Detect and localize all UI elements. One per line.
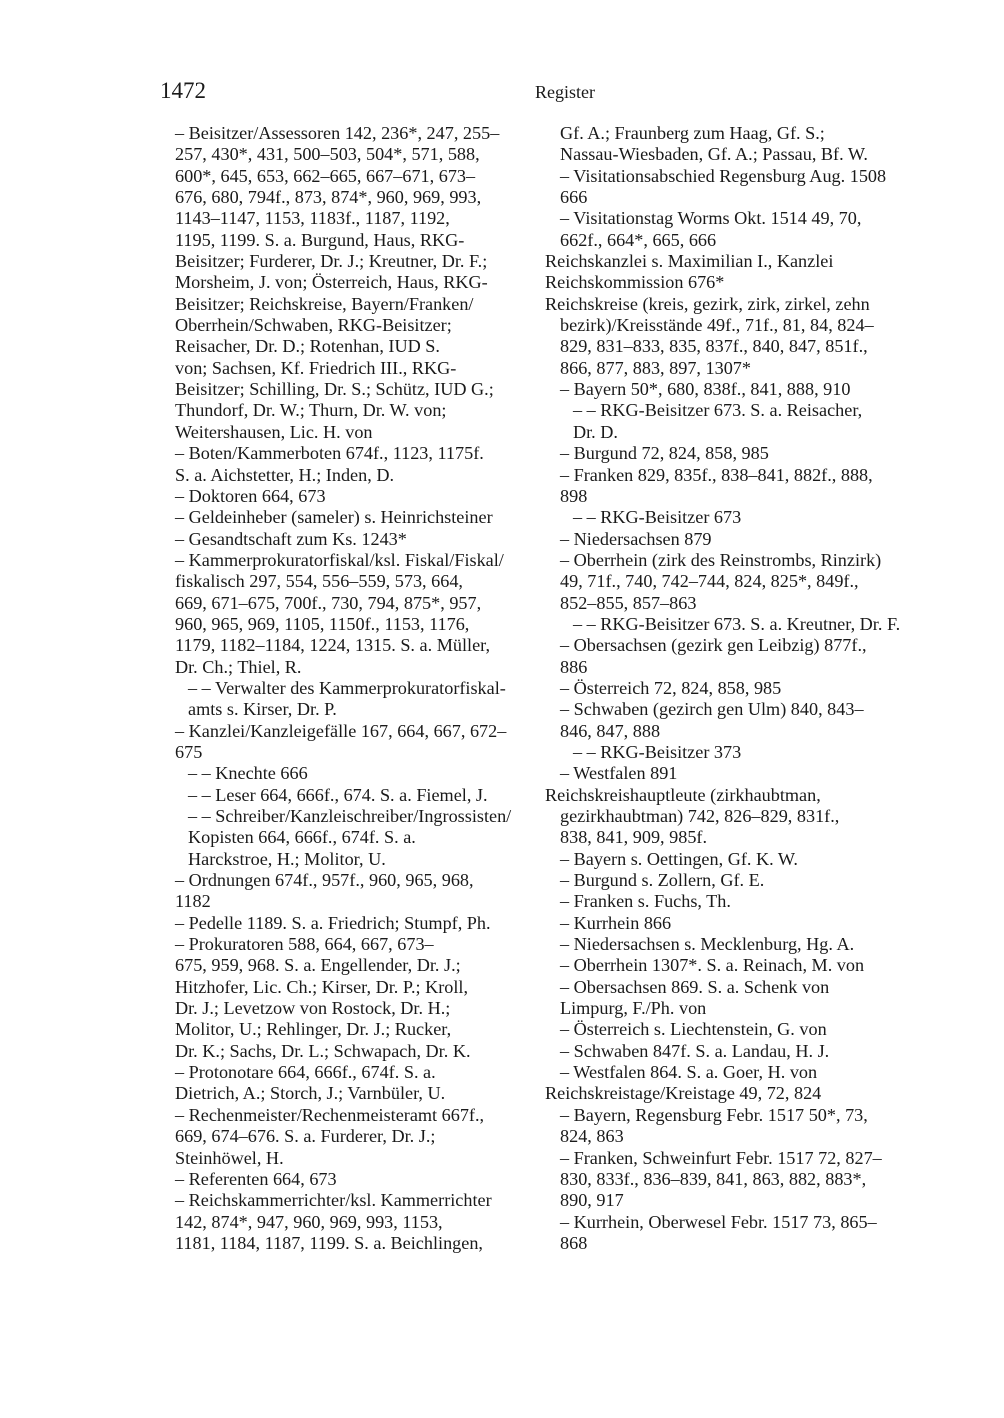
index-line: fiskalisch 297, 554, 556–559, 573, 664, bbox=[160, 571, 532, 592]
index-line: – Kurrhein 866 bbox=[545, 913, 915, 934]
running-head: 1472 Register bbox=[0, 78, 1004, 108]
index-line: – Reichskammerrichter/ksl. Kammerrichter bbox=[160, 1190, 532, 1211]
index-line: Beisitzer; Schilling, Dr. S.; Schütz, IU… bbox=[160, 379, 532, 400]
index-line: – Schwaben 847f. S. a. Landau, H. J. bbox=[545, 1041, 915, 1062]
index-line: – Doktoren 664, 673 bbox=[160, 486, 532, 507]
index-subsubentry: – – Leser 664, 666f., 674. S. a. Fiemel,… bbox=[160, 785, 532, 806]
index-subentry: – Visitationsabschied Regensburg Aug. 15… bbox=[545, 166, 915, 209]
index-line: Oberrhein/Schwaben, RKG-Beisitzer; bbox=[160, 315, 532, 336]
index-column-right: Gf. A.; Fraunberg zum Haag, Gf. S.;Nassa… bbox=[545, 123, 915, 1254]
index-subentry: – Geldeinheber (sameler) s. Heinrichstei… bbox=[160, 507, 532, 528]
index-subentry: – Bayern s. Oettingen, Gf. K. W. bbox=[545, 849, 915, 870]
index-line: – Protonotare 664, 666f., 674f. S. a. bbox=[160, 1062, 532, 1083]
index-line: – Geldeinheber (sameler) s. Heinrichstei… bbox=[160, 507, 532, 528]
index-line: Limpurg, F./Ph. von bbox=[545, 998, 915, 1019]
index-subentry: – Österreich s. Liechtenstein, G. von bbox=[545, 1019, 915, 1040]
index-line: – Franken, Schweinfurt Febr. 1517 72, 82… bbox=[545, 1148, 915, 1169]
index-subentry: – Kurrhein 866 bbox=[545, 913, 915, 934]
index-line: 600*, 645, 653, 662–665, 667–671, 673– bbox=[160, 166, 532, 187]
index-subsubentry: – – Knechte 666 bbox=[160, 763, 532, 784]
index-line: – – RKG-Beisitzer 673. S. a. Reisacher, bbox=[545, 400, 915, 421]
index-line: – Österreich s. Liechtenstein, G. von bbox=[545, 1019, 915, 1040]
index-line: Reichskommission 676* bbox=[545, 272, 915, 293]
index-line: 676, 680, 794f., 873, 874*, 960, 969, 99… bbox=[160, 187, 532, 208]
index-line: 829, 831–833, 835, 837f., 840, 847, 851f… bbox=[545, 336, 915, 357]
index-line: Reichskreishauptleute (zirkhaubtman, bbox=[545, 785, 915, 806]
index-heading-entry: Reichskanzlei s. Maximilian I., Kanzlei bbox=[545, 251, 915, 272]
index-line: 1182 bbox=[160, 891, 532, 912]
index-subentry: – Bayern, Regensburg Febr. 1517 50*, 73,… bbox=[545, 1105, 915, 1148]
index-line: 1195, 1199. S. a. Burgund, Haus, RKG- bbox=[160, 230, 532, 251]
index-subentry: – Boten/Kammerboten 674f., 1123, 1175f.S… bbox=[160, 443, 532, 486]
index-line: – – Knechte 666 bbox=[160, 763, 532, 784]
index-line: – Österreich 72, 824, 858, 985 bbox=[545, 678, 915, 699]
index-heading-entry: Reichskreise (kreis, gezirk, zirk, zirke… bbox=[545, 294, 915, 379]
index-line: Reichskanzlei s. Maximilian I., Kanzlei bbox=[545, 251, 915, 272]
index-subentry: – Ordnungen 674f., 957f., 960, 965, 968,… bbox=[160, 870, 532, 913]
index-line: Kopisten 664, 666f., 674f. S. a. bbox=[160, 827, 532, 848]
index-line: Thundorf, Dr. W.; Thurn, Dr. W. von; bbox=[160, 400, 532, 421]
index-line: – Westfalen 891 bbox=[545, 763, 915, 784]
index-line: – – Schreiber/Kanzleischreiber/Ingrossis… bbox=[160, 806, 532, 827]
index-line: 1179, 1182–1184, 1224, 1315. S. a. Mülle… bbox=[160, 635, 532, 656]
index-subsubentry: – – Verwalter des Kammerprokuratorfiskal… bbox=[160, 678, 532, 721]
index-line: 675 bbox=[160, 742, 532, 763]
index-subentry: – Österreich 72, 824, 858, 985 bbox=[545, 678, 915, 699]
index-line: – – Verwalter des Kammerprokuratorfiskal… bbox=[160, 678, 532, 699]
index-line: – Bayern 50*, 680, 838f., 841, 888, 910 bbox=[545, 379, 915, 400]
index-line: – – RKG-Beisitzer 373 bbox=[545, 742, 915, 763]
index-line: – Visitationstag Worms Okt. 1514 49, 70, bbox=[545, 208, 915, 229]
index-line: amts s. Kirser, Dr. P. bbox=[160, 699, 532, 720]
index-subsubentry: – – RKG-Beisitzer 673 bbox=[545, 507, 915, 528]
index-line: – Boten/Kammerboten 674f., 1123, 1175f. bbox=[160, 443, 532, 464]
index-subentry: – Westfalen 864. S. a. Goer, H. von bbox=[545, 1062, 915, 1083]
index-line: Dr. K.; Sachs, Dr. L.; Schwapach, Dr. K. bbox=[160, 1041, 532, 1062]
index-column-left: – Beisitzer/Assessoren 142, 236*, 247, 2… bbox=[160, 123, 532, 1254]
index-line: Beisitzer; Reichskreise, Bayern/Franken/ bbox=[160, 294, 532, 315]
index-line: 868 bbox=[545, 1233, 915, 1254]
index-line: S. a. Aichstetter, H.; Inden, D. bbox=[160, 465, 532, 486]
index-subentry: – Burgund s. Zollern, Gf. E. bbox=[545, 870, 915, 891]
index-line: – – Leser 664, 666f., 674. S. a. Fiemel,… bbox=[160, 785, 532, 806]
index-subentry: – Niedersachsen s. Mecklenburg, Hg. A. bbox=[545, 934, 915, 955]
index-subentry: – Kammerprokuratorfiskal/ksl. Fiskal/Fis… bbox=[160, 550, 532, 678]
index-line: Reichskreise (kreis, gezirk, zirk, zirke… bbox=[545, 294, 915, 315]
index-line: – Burgund 72, 824, 858, 985 bbox=[545, 443, 915, 464]
index-subentry: – Schwaben 847f. S. a. Landau, H. J. bbox=[545, 1041, 915, 1062]
index-line: Dietrich, A.; Storch, J.; Varnbüler, U. bbox=[160, 1083, 532, 1104]
index-subentry: – Kanzlei/Kanzleigefälle 167, 664, 667, … bbox=[160, 721, 532, 764]
index-line: Dr. J.; Levetzow von Rostock, Dr. H.; bbox=[160, 998, 532, 1019]
index-line: – Beisitzer/Assessoren 142, 236*, 247, 2… bbox=[160, 123, 532, 144]
index-line: – Kanzlei/Kanzleigefälle 167, 664, 667, … bbox=[160, 721, 532, 742]
index-subentry: – Schwaben (gezirch gen Ulm) 840, 843–84… bbox=[545, 699, 915, 742]
index-line: 846, 847, 888 bbox=[545, 721, 915, 742]
index-line: – Niedersachsen 879 bbox=[545, 529, 915, 550]
index-subentry: – Doktoren 664, 673 bbox=[160, 486, 532, 507]
index-subentry: – Protonotare 664, 666f., 674f. S. a.Die… bbox=[160, 1062, 532, 1105]
index-line: – Franken 829, 835f., 838–841, 882f., 88… bbox=[545, 465, 915, 486]
index-line: – Kammerprokuratorfiskal/ksl. Fiskal/Fis… bbox=[160, 550, 532, 571]
index-line: Dr. Ch.; Thiel, R. bbox=[160, 657, 532, 678]
index-line: 1143–1147, 1153, 1183f., 1187, 1192, bbox=[160, 208, 532, 229]
index-subentry: – Gesandtschaft zum Ks. 1243* bbox=[160, 529, 532, 550]
index-line: Beisitzer; Furderer, Dr. J.; Kreutner, D… bbox=[160, 251, 532, 272]
index-subentry: – Referenten 664, 673 bbox=[160, 1169, 532, 1190]
index-subentry: – Franken, Schweinfurt Febr. 1517 72, 82… bbox=[545, 1148, 915, 1212]
index-line: – Oberrhein (zirk des Reinstrombs, Rinzi… bbox=[545, 550, 915, 571]
index-line: – Kurrhein, Oberwesel Febr. 1517 73, 865… bbox=[545, 1212, 915, 1233]
index-line: 830, 833f., 836–839, 841, 863, 882, 883*… bbox=[545, 1169, 915, 1190]
index-line: 142, 874*, 947, 960, 969, 993, 1153, bbox=[160, 1212, 532, 1233]
index-subentry: – Obersachsen 869. S. a. Schenk vonLimpu… bbox=[545, 977, 915, 1020]
index-subsubentry: – – RKG-Beisitzer 673. S. a. Reisacher,D… bbox=[545, 400, 915, 443]
index-subentry: – Prokuratoren 588, 664, 667, 673–675, 9… bbox=[160, 934, 532, 1062]
index-line: 257, 430*, 431, 500–503, 504*, 571, 588, bbox=[160, 144, 532, 165]
index-line: – Niedersachsen s. Mecklenburg, Hg. A. bbox=[545, 934, 915, 955]
index-subentry: – Oberrhein (zirk des Reinstrombs, Rinzi… bbox=[545, 550, 915, 614]
index-line: 675, 959, 968. S. a. Engellender, Dr. J.… bbox=[160, 955, 532, 976]
index-line: 669, 674–676. S. a. Furderer, Dr. J.; bbox=[160, 1126, 532, 1147]
index-heading-entry: Reichskommission 676* bbox=[545, 272, 915, 293]
index-subentry: – Burgund 72, 824, 858, 985 bbox=[545, 443, 915, 464]
index-subentry: – Pedelle 1189. S. a. Friedrich; Stumpf,… bbox=[160, 913, 532, 934]
index-line: Morsheim, J. von; Österreich, Haus, RKG- bbox=[160, 272, 532, 293]
index-line: – Gesandtschaft zum Ks. 1243* bbox=[160, 529, 532, 550]
index-line: 49, 71f., 740, 742–744, 824, 825*, 849f.… bbox=[545, 571, 915, 592]
index-subentry: – Oberrhein 1307*. S. a. Reinach, M. von bbox=[545, 955, 915, 976]
index-line: 852–855, 857–863 bbox=[545, 593, 915, 614]
index-line: 669, 671–675, 700f., 730, 794, 875*, 957… bbox=[160, 593, 532, 614]
index-heading-entry: Reichskreishauptleute (zirkhaubtman,gezi… bbox=[545, 785, 915, 849]
index-line: bezirk)/Kreisstände 49f., 71f., 81, 84, … bbox=[545, 315, 915, 336]
index-subentry: – Beisitzer/Assessoren 142, 236*, 247, 2… bbox=[160, 123, 532, 443]
index-line: – Schwaben (gezirch gen Ulm) 840, 843– bbox=[545, 699, 915, 720]
index-line: 890, 917 bbox=[545, 1190, 915, 1211]
index-line: – Visitationsabschied Regensburg Aug. 15… bbox=[545, 166, 915, 187]
index-line: – Bayern s. Oettingen, Gf. K. W. bbox=[545, 849, 915, 870]
index-line: gezirkhaubtman) 742, 826–829, 831f., bbox=[545, 806, 915, 827]
index-line: 886 bbox=[545, 657, 915, 678]
index-line: Gf. A.; Fraunberg zum Haag, Gf. S.; bbox=[545, 123, 915, 144]
index-line: – Burgund s. Zollern, Gf. E. bbox=[545, 870, 915, 891]
index-line: Dr. D. bbox=[545, 422, 915, 443]
index-line: Molitor, U.; Rehlinger, Dr. J.; Rucker, bbox=[160, 1019, 532, 1040]
index-line: – Ordnungen 674f., 957f., 960, 965, 968, bbox=[160, 870, 532, 891]
index-subentry: – Bayern 50*, 680, 838f., 841, 888, 910 bbox=[545, 379, 915, 400]
index-line: – Westfalen 864. S. a. Goer, H. von bbox=[545, 1062, 915, 1083]
index-line: – Oberrhein 1307*. S. a. Reinach, M. von bbox=[545, 955, 915, 976]
index-subsubentry: – – RKG-Beisitzer 673. S. a. Kreutner, D… bbox=[545, 614, 915, 635]
index-line: Reisacher, Dr. D.; Rotenhan, IUD S. bbox=[160, 336, 532, 357]
index-subsubentry: – – RKG-Beisitzer 373 bbox=[545, 742, 915, 763]
index-line: – Referenten 664, 673 bbox=[160, 1169, 532, 1190]
index-line: 898 bbox=[545, 486, 915, 507]
index-line: – – RKG-Beisitzer 673 bbox=[545, 507, 915, 528]
index-subsubentry: – – Schreiber/Kanzleischreiber/Ingrossis… bbox=[160, 806, 532, 870]
index-subentry: – Niedersachsen 879 bbox=[545, 529, 915, 550]
running-title: Register bbox=[0, 82, 1004, 103]
index-subentry: – Rechenmeister/Rechenmeisteramt 667f.,6… bbox=[160, 1105, 532, 1169]
index-line: – Pedelle 1189. S. a. Friedrich; Stumpf,… bbox=[160, 913, 532, 934]
index-line: Steinhöwel, H. bbox=[160, 1148, 532, 1169]
index-line: 824, 863 bbox=[545, 1126, 915, 1147]
index-line: Harckstroe, H.; Molitor, U. bbox=[160, 849, 532, 870]
index-entry-continuation: Gf. A.; Fraunberg zum Haag, Gf. S.;Nassa… bbox=[545, 123, 915, 166]
index-line: – Rechenmeister/Rechenmeisteramt 667f., bbox=[160, 1105, 532, 1126]
index-line: – Obersachsen (gezirk gen Leibzig) 877f.… bbox=[545, 635, 915, 656]
index-subentry: – Franken 829, 835f., 838–841, 882f., 88… bbox=[545, 465, 915, 508]
index-line: Nassau-Wiesbaden, Gf. A.; Passau, Bf. W. bbox=[545, 144, 915, 165]
index-line: – Prokuratoren 588, 664, 667, 673– bbox=[160, 934, 532, 955]
index-line: 838, 841, 909, 985f. bbox=[545, 827, 915, 848]
index-line: – – RKG-Beisitzer 673. S. a. Kreutner, D… bbox=[545, 614, 915, 635]
index-subentry: – Visitationstag Worms Okt. 1514 49, 70,… bbox=[545, 208, 915, 251]
index-line: Hitzhofer, Lic. Ch.; Kirser, Dr. P.; Kro… bbox=[160, 977, 532, 998]
index-line: 960, 965, 969, 1105, 1150f., 1153, 1176, bbox=[160, 614, 532, 635]
index-line: Reichskreistage/Kreistage 49, 72, 824 bbox=[545, 1083, 915, 1104]
index-line: – Bayern, Regensburg Febr. 1517 50*, 73, bbox=[545, 1105, 915, 1126]
index-subentry: – Reichskammerrichter/ksl. Kammerrichter… bbox=[160, 1190, 532, 1254]
index-line: 662f., 664*, 665, 666 bbox=[545, 230, 915, 251]
index-subentry: – Obersachsen (gezirk gen Leibzig) 877f.… bbox=[545, 635, 915, 678]
index-line: Weitershausen, Lic. H. von bbox=[160, 422, 532, 443]
index-line: von; Sachsen, Kf. Friedrich III., RKG- bbox=[160, 358, 532, 379]
index-subentry: – Westfalen 891 bbox=[545, 763, 915, 784]
index-line: 1181, 1184, 1187, 1199. S. a. Beichlinge… bbox=[160, 1233, 532, 1254]
index-line: – Obersachsen 869. S. a. Schenk von bbox=[545, 977, 915, 998]
index-subentry: – Franken s. Fuchs, Th. bbox=[545, 891, 915, 912]
index-line: 866, 877, 883, 897, 1307* bbox=[545, 358, 915, 379]
index-line: 666 bbox=[545, 187, 915, 208]
index-line: – Franken s. Fuchs, Th. bbox=[545, 891, 915, 912]
index-heading-entry: Reichskreistage/Kreistage 49, 72, 824 bbox=[545, 1083, 915, 1104]
index-subentry: – Kurrhein, Oberwesel Febr. 1517 73, 865… bbox=[545, 1212, 915, 1255]
